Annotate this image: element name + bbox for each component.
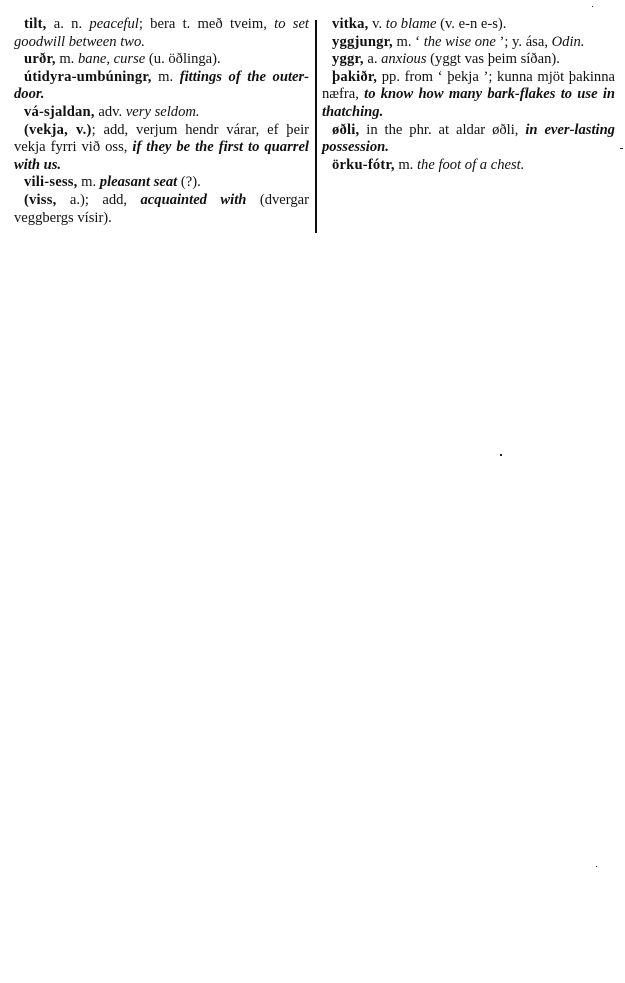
dictionary-entry-vili-sess: vili-sess, m. pleasant seat (?). bbox=[14, 174, 309, 192]
entry-text: (v. e-n e-s). bbox=[436, 16, 506, 32]
headword: yggr, bbox=[332, 51, 364, 67]
headword: urðr, bbox=[24, 51, 56, 67]
entry-text: m. bbox=[77, 174, 99, 190]
gloss: the wise one bbox=[424, 34, 496, 50]
gloss: pleasant seat bbox=[100, 174, 177, 190]
gloss: acquainted with bbox=[141, 192, 247, 208]
left-column: tilt, a. n. peaceful; bera t. með tveim,… bbox=[14, 16, 309, 227]
headword: örku-fótr, bbox=[332, 157, 395, 173]
scan-speck bbox=[500, 454, 502, 456]
entry-text: a.); add, bbox=[56, 192, 140, 208]
headword: yggjungr, bbox=[332, 34, 393, 50]
headword: vá-sjaldan, bbox=[24, 104, 95, 120]
entry-text: ; bera t. með tveim, bbox=[139, 16, 274, 32]
headword: útidyra-umbúningr, bbox=[24, 69, 152, 85]
dictionary-entry-yggjungr: yggjungr, m. ‘ the wise one ’; y. ása, O… bbox=[322, 34, 615, 52]
headword: vitka, bbox=[332, 16, 368, 32]
dictionary-entry-odli: øðli, in the phr. at aldar øðli, in ever… bbox=[322, 122, 615, 157]
scan-speck bbox=[620, 148, 623, 149]
right-column: vitka, v. to blame (v. e-n e-s). yggjung… bbox=[322, 16, 615, 174]
headword: (vekja, v.) bbox=[24, 122, 92, 138]
entry-text: ’; y. ása, bbox=[496, 34, 552, 50]
entry-text: a. n. bbox=[46, 16, 89, 32]
gloss: to know how many bark-flakes to use in t… bbox=[322, 86, 615, 120]
scan-speck bbox=[592, 6, 593, 7]
entry-text: a. bbox=[364, 51, 381, 67]
headword: (viss, bbox=[24, 192, 56, 208]
column-divider bbox=[315, 20, 317, 233]
gloss: Odin. bbox=[552, 34, 585, 50]
dictionary-entry-vitka: vitka, v. to blame (v. e-n e-s). bbox=[322, 16, 615, 34]
headword: þakiðr, bbox=[332, 69, 377, 85]
scan-speck bbox=[596, 866, 597, 867]
entry-text: m. bbox=[395, 157, 417, 173]
entry-text: m. bbox=[56, 51, 78, 67]
dictionary-entry-urdr: urðr, m. bane, curse (u. öðlinga). bbox=[14, 51, 309, 69]
entry-text: m. bbox=[152, 69, 180, 85]
dictionary-entry-thakidr: þakiðr, pp. from ‘ þekja ’; kunna mjöt þ… bbox=[322, 69, 615, 122]
headword: øðli, bbox=[332, 122, 359, 138]
gloss: to blame bbox=[386, 16, 437, 32]
entry-text: adv. bbox=[95, 104, 126, 120]
dictionary-entry-va-sjaldan: vá-sjaldan, adv. very seldom. bbox=[14, 104, 309, 122]
gloss: anxious bbox=[381, 51, 426, 67]
dictionary-entry-viss: (viss, a.); add, acquainted with (dverga… bbox=[14, 192, 309, 227]
entry-text: m. ‘ bbox=[393, 34, 424, 50]
dictionary-entry-utidyra: útidyra-umbúningr, m. fittings of the ou… bbox=[14, 69, 309, 104]
gloss: bane, curse bbox=[78, 51, 145, 67]
entry-text: in the phr. at aldar øðli, bbox=[359, 122, 525, 138]
entry-text: (?). bbox=[177, 174, 201, 190]
dictionary-entry-orku-fotr: örku-fótr, m. the foot of a chest. bbox=[322, 157, 615, 175]
entry-text: (u. öðlinga). bbox=[145, 51, 220, 67]
gloss: very seldom. bbox=[126, 104, 200, 120]
entry-text: (yggt vas þeim síðan). bbox=[427, 51, 560, 67]
dictionary-entry-tilt: tilt, a. n. peaceful; bera t. með tveim,… bbox=[14, 16, 309, 51]
dictionary-entry-vekja: (vekja, v.); add, verjum hendr várar, ef… bbox=[14, 122, 309, 175]
headword: tilt, bbox=[24, 16, 46, 32]
gloss: peaceful bbox=[89, 16, 138, 32]
gloss: the foot of a chest. bbox=[417, 157, 524, 173]
dictionary-entry-yggr: yggr, a. anxious (yggt vas þeim síðan). bbox=[322, 51, 615, 69]
headword: vili-sess, bbox=[24, 174, 77, 190]
entry-text: v. bbox=[368, 16, 385, 32]
